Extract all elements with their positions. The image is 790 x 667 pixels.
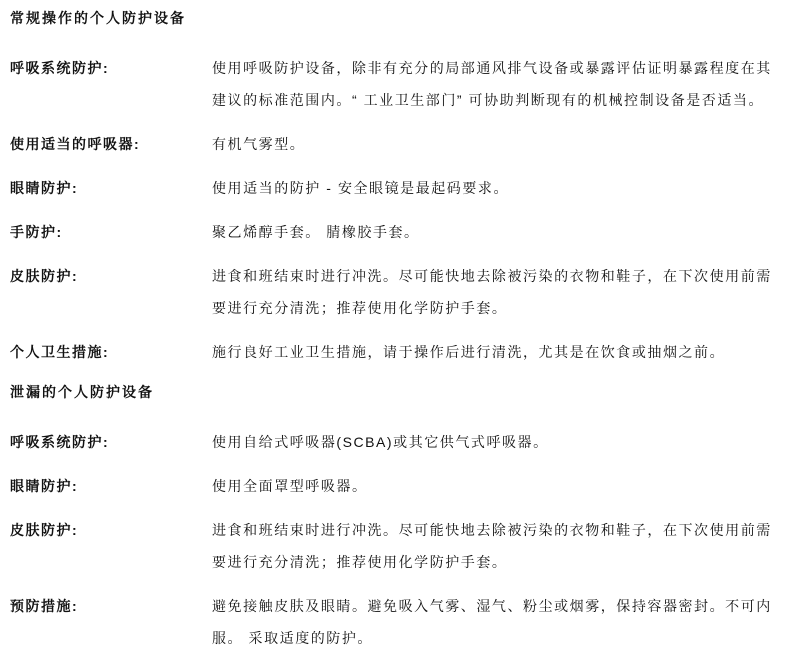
section-heading-spill: 泄漏的个人防护设备 <box>10 382 778 402</box>
field-row-eye-protection: 眼睛防护: 使用全面罩型呼吸器。 <box>10 470 778 502</box>
field-value: 使用自给式呼吸器(SCBA)或其它供气式呼吸器。 <box>212 426 778 458</box>
field-value: 聚乙烯醇手套。 腈橡胶手套。 <box>212 216 778 248</box>
field-value: 施行良好工业卫生措施，请于操作后进行清洗，尤其是在饮食或抽烟之前。 <box>212 336 778 368</box>
section-heading-routine: 常规操作的个人防护设备 <box>10 8 778 28</box>
section-spill-leak: 泄漏的个人防护设备 呼吸系统防护: 使用自给式呼吸器(SCBA)或其它供气式呼吸… <box>10 382 778 654</box>
field-label: 使用适当的呼吸器: <box>10 128 212 160</box>
section-routine-handling: 常规操作的个人防护设备 呼吸系统防护: 使用呼吸防护设备，除非有充分的局部通风排… <box>10 8 778 368</box>
field-value: 进食和班结束时进行冲洗。尽可能快地去除被污染的衣物和鞋子，在下次使用前需要进行充… <box>212 260 778 324</box>
field-row-respiratory-protection: 呼吸系统防护: 使用呼吸防护设备，除非有充分的局部通风排气设备或暴露评估证明暴露… <box>10 52 778 116</box>
field-label: 呼吸系统防护: <box>10 426 212 458</box>
field-value: 有机气雾型。 <box>212 128 778 160</box>
field-row-hygiene-measures: 个人卫生措施: 施行良好工业卫生措施，请于操作后进行清洗，尤其是在饮食或抽烟之前… <box>10 336 778 368</box>
field-row-eye-protection: 眼睛防护: 使用适当的防护 - 安全眼镜是最起码要求。 <box>10 172 778 204</box>
field-row-suitable-respirator: 使用适当的呼吸器: 有机气雾型。 <box>10 128 778 160</box>
field-row-skin-protection: 皮肤防护: 进食和班结束时进行冲洗。尽可能快地去除被污染的衣物和鞋子，在下次使用… <box>10 260 778 324</box>
field-row-skin-protection: 皮肤防护: 进食和班结束时进行冲洗。尽可能快地去除被污染的衣物和鞋子，在下次使用… <box>10 514 778 578</box>
field-label: 个人卫生措施: <box>10 336 212 368</box>
field-label: 皮肤防护: <box>10 260 212 292</box>
field-label: 手防护: <box>10 216 212 248</box>
ppe-document: 常规操作的个人防护设备 呼吸系统防护: 使用呼吸防护设备，除非有充分的局部通风排… <box>10 8 778 654</box>
field-row-hand-protection: 手防护: 聚乙烯醇手套。 腈橡胶手套。 <box>10 216 778 248</box>
field-label: 眼睛防护: <box>10 470 212 502</box>
field-label: 皮肤防护: <box>10 514 212 546</box>
field-row-precautions: 预防措施: 避免接触皮肤及眼睛。避免吸入气雾、湿气、粉尘或烟雾，保持容器密封。不… <box>10 590 778 654</box>
field-value: 避免接触皮肤及眼睛。避免吸入气雾、湿气、粉尘或烟雾，保持容器密封。不可内服。 采… <box>212 590 778 654</box>
field-row-respiratory-protection: 呼吸系统防护: 使用自给式呼吸器(SCBA)或其它供气式呼吸器。 <box>10 426 778 458</box>
field-label: 预防措施: <box>10 590 212 622</box>
field-value: 进食和班结束时进行冲洗。尽可能快地去除被污染的衣物和鞋子，在下次使用前需要进行充… <box>212 514 778 578</box>
field-label: 呼吸系统防护: <box>10 52 212 84</box>
field-label: 眼睛防护: <box>10 172 212 204</box>
field-value: 使用全面罩型呼吸器。 <box>212 470 778 502</box>
field-value: 使用呼吸防护设备，除非有充分的局部通风排气设备或暴露评估证明暴露程度在其建议的标… <box>212 52 778 116</box>
field-value: 使用适当的防护 - 安全眼镜是最起码要求。 <box>212 172 778 204</box>
